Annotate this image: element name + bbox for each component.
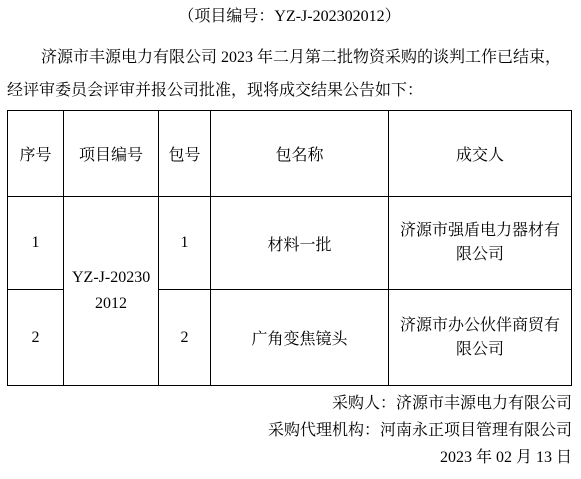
cell-seq: 2 (8, 290, 64, 386)
cell-pkg-name: 广角变焦镜头 (211, 290, 389, 386)
table-row: 1 YZ-J-20230 2012 1 材料一批 济源市强盾电力器材有限公司 (8, 197, 572, 290)
cell-pkg-no: 1 (159, 197, 211, 290)
cell-seq: 1 (8, 197, 64, 290)
header-cell-pkg-name: 包名称 (211, 111, 389, 197)
header-cell-pkg-no: 包号 (159, 111, 211, 197)
project-number-title: （项目编号：YZ-J-202302012） (7, 6, 572, 28)
paragraph-line-2: 经评审委员会评审并报公司批准，现将成交结果公告如下： (7, 74, 572, 107)
announcement-paragraph: 济源市丰源电力有限公司 2023 年二月第二批物资采购的谈判工作已结束， 经评审… (7, 41, 572, 107)
agency-line: 采购代理机构：河南永正项目管理有限公司 (7, 417, 572, 444)
header-cell-winner: 成交人 (389, 111, 572, 197)
cell-winner: 济源市强盾电力器材有限公司 (389, 197, 572, 290)
cell-winner: 济源市办公伙伴商贸有限公司 (389, 290, 572, 386)
project-number-line-1: YZ-J-20230 (72, 265, 150, 291)
cell-pkg-name: 材料一批 (211, 197, 389, 290)
result-table: 序号 项目编号 包号 包名称 成交人 1 YZ-J-20230 2012 1 材… (7, 110, 572, 386)
document-page: （项目编号：YZ-J-202302012） 济源市丰源电力有限公司 2023 年… (0, 0, 581, 471)
header-cell-project: 项目编号 (64, 111, 159, 197)
project-number-line-2: 2012 (72, 291, 150, 317)
cell-pkg-no: 2 (159, 290, 211, 386)
signature-block: 采购人：济源市丰源电力有限公司 采购代理机构：河南永正项目管理有限公司 2023… (7, 390, 572, 471)
paragraph-line-1: 济源市丰源电力有限公司 2023 年二月第二批物资采购的谈判工作已结束， (7, 41, 572, 74)
table-header-row: 序号 项目编号 包号 包名称 成交人 (8, 111, 572, 197)
cell-project-number-merged: YZ-J-20230 2012 (64, 197, 159, 386)
date-line: 2023 年 02 月 13 日 (7, 444, 572, 471)
header-cell-seq: 序号 (8, 111, 64, 197)
buyer-line: 采购人：济源市丰源电力有限公司 (7, 390, 572, 417)
